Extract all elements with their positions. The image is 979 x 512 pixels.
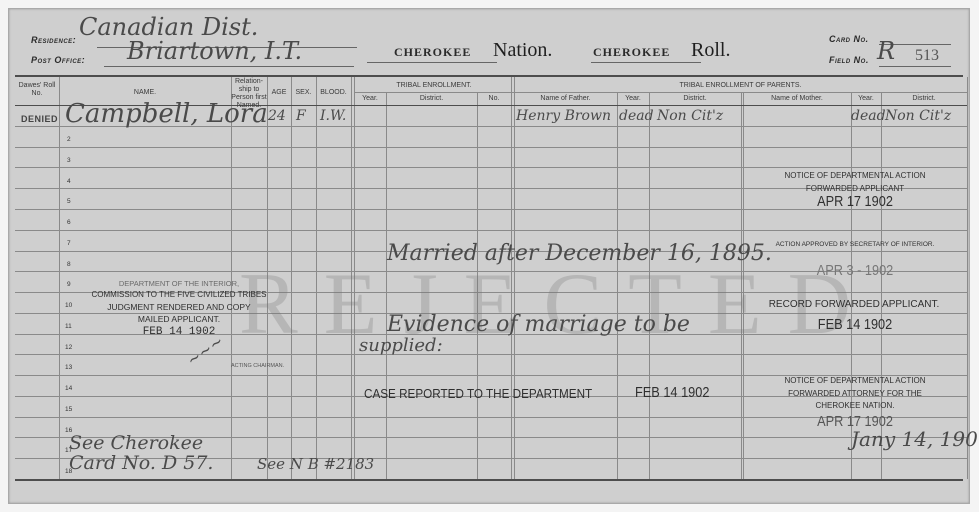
notice-applicant-date: APR 17 1902 (762, 193, 949, 210)
row-rule (15, 230, 967, 231)
roll-label: Roll. (691, 39, 730, 62)
post-office-label: Post Office: (31, 55, 85, 65)
note-see-nb: See N B #2183 (257, 455, 374, 473)
status-denied: DENIED (21, 114, 58, 124)
row-rule (15, 147, 967, 148)
commission-stamp-signer: ACTING CHAIRMAN. (231, 363, 284, 369)
commission-stamp-line1: DEPARTMENT OF THE INTERIOR, (69, 279, 289, 288)
mother-district: Non Cit'z (885, 108, 951, 124)
row-number: 12 (65, 344, 72, 351)
row-number: 15 (65, 406, 72, 413)
case-reported-stamp: CASE REPORTED TO THE DEPARTMENT (364, 386, 592, 401)
col-header-mother-district: District. (881, 95, 967, 103)
post-office-value: Briartown, I.T. (127, 37, 302, 65)
mother-year: dead (851, 108, 886, 124)
card-no-label: Card No. (829, 34, 869, 44)
row-number: 14 (65, 385, 72, 392)
col-header-mother-year: Year. (851, 95, 881, 103)
father-year: dead (619, 108, 654, 124)
note-evidence: Evidence of marriage to be (387, 312, 690, 337)
handwritten-date-jany: Jany 14, 1901 (851, 427, 979, 451)
applicant-age: 24 (268, 108, 286, 124)
col-header-parents-enrollment: TRIBAL ENROLLMENT OF PARENTS. (514, 82, 967, 90)
notice-attorney-line1: NOTICE OF DEPARTMENTAL ACTION (745, 376, 965, 385)
nation-underline (367, 62, 497, 63)
commission-stamp-line4: MAILED APPLICANT. (69, 314, 289, 324)
commission-stamp-line2: COMMISSION TO THE FIVE CIVILIZED TRIBES (69, 290, 289, 299)
census-card: Residence: Canadian Dist. Post Office: B… (8, 8, 970, 504)
commission-stamp-date: FEB 14 1902 (69, 326, 289, 338)
table-bottom-rule (15, 479, 963, 481)
row-number: 8 (67, 261, 71, 268)
col-rule (231, 77, 232, 479)
case-reported-date: FEB 14 1902 (635, 384, 709, 401)
row-number: 4 (67, 178, 71, 185)
note-married-after: Married after December 16, 1895. (387, 241, 772, 266)
col-header-mother-name: Name of Mother. (743, 95, 851, 103)
col-header-name: NAME. (59, 89, 231, 97)
col-header-tribal-enrollment: TRIBAL ENROLLMENT. (354, 82, 514, 90)
group-header-rule (354, 92, 514, 93)
col-header-father-name: Name of Father. (514, 95, 617, 103)
post-office-underline (104, 66, 354, 67)
action-approved-line1: ACTION APPROVED BY SECRETARY OF INTERIOR… (745, 241, 965, 248)
notice-attorney-line3: CHEROKEE NATION. (745, 401, 965, 410)
applicant-blood: I.W. (320, 108, 346, 124)
notice-applicant-line1: NOTICE OF DEPARTMENTAL ACTION (745, 171, 965, 180)
nation-label: Nation. (493, 39, 552, 62)
col-header-te-district: District. (386, 95, 477, 103)
col-rule (967, 77, 968, 479)
nation-prefix: CHEROKEE (394, 45, 471, 60)
col-header-te-year: Year. (354, 95, 386, 103)
residence-label: Residence: (31, 35, 76, 45)
group-header-rule (514, 92, 967, 93)
col-header-father-district: District. (649, 95, 741, 103)
col-header-blood: BLOOD. (316, 89, 351, 97)
card-no-value: R (877, 37, 895, 65)
field-no-value: 513 (915, 47, 939, 65)
row-number: 3 (67, 157, 71, 164)
father-name: Henry Brown (516, 108, 611, 124)
note-supplied: supplied: (359, 335, 443, 356)
col-header-sex: SEX. (291, 89, 316, 97)
roll-prefix: CHEROKEE (593, 45, 670, 60)
col-header-dawes: Dawes' Roll No. (15, 82, 59, 98)
col-header-father-year: Year. (617, 95, 649, 103)
row-rule (15, 167, 967, 168)
record-forwarded-date: FEB 14 1902 (762, 316, 949, 333)
notice-applicant-line2: FORWARDED APPLICANT (745, 184, 965, 193)
row-number: 7 (67, 240, 71, 247)
roll-underline (591, 62, 701, 63)
applicant-sex: F (296, 108, 306, 124)
field-no-label: Field No. (829, 55, 869, 65)
notice-attorney-line2: FORWARDED ATTORNEY FOR THE (745, 389, 965, 398)
col-header-age: AGE (267, 89, 291, 97)
father-district: Non Cit'z (657, 108, 723, 124)
note-card-no: Card No. D 57. (69, 452, 213, 474)
row-number: 13 (65, 364, 72, 371)
note-see-cherokee: See Cherokee (69, 432, 203, 454)
commission-stamp-line3: JUDGMENT RENDERED AND COPY (69, 302, 289, 312)
col-header-te-no: No. (477, 95, 511, 103)
row-number: 6 (67, 219, 71, 226)
table-top-rule (15, 75, 963, 77)
row-number: 5 (67, 198, 71, 205)
applicant-name: Campbell, Lora (65, 99, 268, 129)
record-forwarded-line1: RECORD FORWARDED APPLICANT. (739, 299, 969, 310)
action-approved-date: APR 3 - 1902 (762, 262, 949, 279)
col-rule (59, 77, 60, 479)
row-number: 2 (67, 136, 71, 143)
field-no-underline (879, 66, 951, 67)
